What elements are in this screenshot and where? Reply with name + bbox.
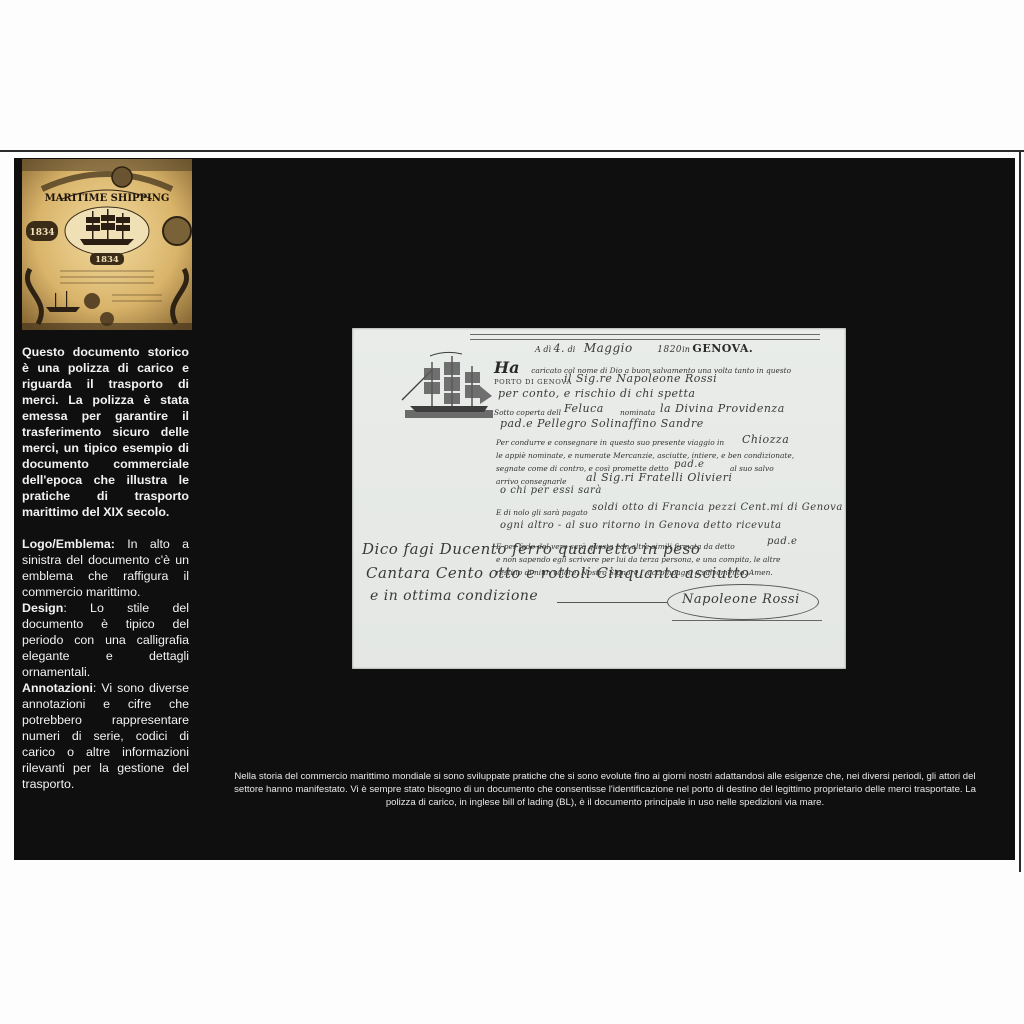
caption: Nella storia del commercio marittimo mon…	[225, 770, 985, 809]
intro-paragraph: Questo documento storico è una polizza d…	[22, 344, 189, 520]
section-design-label: Design	[22, 601, 63, 615]
initial-letter: Ha	[494, 358, 519, 377]
section-design: Design: Lo stile del documento è tipico …	[22, 600, 189, 680]
handwritten-note-2: Cantara Cento otto e rottoli Cinquanta a…	[366, 564, 750, 582]
date-mid: di	[568, 345, 576, 354]
top-rule	[0, 150, 1024, 152]
handwritten-consignee: al Sig.ri Fratelli Olivieri	[586, 471, 732, 484]
section-annotations: Annotazioni: Vi sono diverse annotazioni…	[22, 680, 189, 792]
bill-of-lading-document: A dì 4. di Maggio 1820in GENOVA. Ha cari…	[352, 328, 846, 669]
handwritten-note-3: e in ottima condizione	[370, 588, 538, 604]
section-annotations-text: : Vi sono diverse annotazioni e cifre ch…	[22, 681, 189, 791]
date-year: 1820	[657, 345, 682, 355]
section-logo: Logo/Emblema: In alto a sinistra del doc…	[22, 536, 189, 600]
sidebar-description: Questo documento storico è una polizza d…	[22, 344, 189, 792]
city-name: GENOVA.	[692, 342, 753, 355]
handwritten-pad: pad.e	[674, 459, 704, 470]
doc-line-2: Porto di Genova	[494, 377, 572, 386]
handwritten-pad-2: pad.e	[767, 536, 797, 547]
svg-text:1834: 1834	[29, 228, 54, 238]
handwritten-note-1: Dico fagi Ducento ferro quadretto in pes…	[362, 540, 700, 558]
maritime-emblem: MARITIME SHIPPING 1834 1834	[22, 159, 192, 330]
doc-line-4b: nominata	[620, 408, 655, 417]
doc-line-7: le appiè nominate, e numerate Mercanzie,…	[496, 451, 794, 460]
signature: Napoleone Rossi	[682, 592, 800, 607]
doc-line-8b: al suo salvo	[730, 464, 774, 473]
svg-text:1834: 1834	[95, 255, 119, 265]
date-day: 4.	[554, 342, 566, 355]
signature-line	[672, 620, 822, 621]
date-prefix: A dì	[535, 345, 551, 354]
handwritten-freight: soldi otto di Francia pezzi Cent.mi di G…	[592, 502, 843, 513]
handwritten-freight-2: ogni altro - al suo ritorno in Genova de…	[500, 520, 782, 531]
handwritten-consignee-2: o chi per essi sarà	[500, 485, 602, 496]
double-rule	[470, 334, 820, 340]
handwritten-shipper: il Sig.re Napoleone Rossi	[564, 372, 717, 385]
date-month: Maggio	[584, 341, 633, 355]
line-text: Sotto coperta dell	[494, 408, 561, 417]
section-annotations-label: Annotazioni	[22, 681, 93, 695]
handwritten-account: per conto, e rischio di chi spetta	[498, 387, 695, 400]
ship-emblem-icon: MARITIME SHIPPING 1834 1834	[22, 159, 192, 330]
handwritten-captain: pad.e Pellegro Solinaffino Sandre	[500, 417, 704, 430]
line-text: Porto di Genova	[494, 378, 572, 386]
doc-line-11: E di nolo gli sarà pagato	[496, 508, 588, 517]
doc-line-4: Sotto coperta dell	[494, 408, 561, 417]
section-logo-label: Logo/Emblema:	[22, 537, 115, 551]
note-underline	[557, 602, 667, 603]
handwritten-destination: Chiozza	[742, 433, 789, 446]
emblem-title: MARITIME SHIPPING	[45, 193, 170, 204]
right-rule	[1019, 150, 1021, 872]
date-line: A dì 4. di Maggio 1820in GENOVA.	[535, 341, 753, 355]
ship-engraving-icon	[400, 348, 495, 423]
city-prefix: in	[682, 345, 690, 354]
handwritten-vessel-type: Feluca	[564, 402, 604, 415]
doc-line-6: Per condurre e consegnare in questo suo …	[496, 438, 724, 447]
handwritten-vessel-name: la Divina Providenza	[660, 402, 785, 415]
